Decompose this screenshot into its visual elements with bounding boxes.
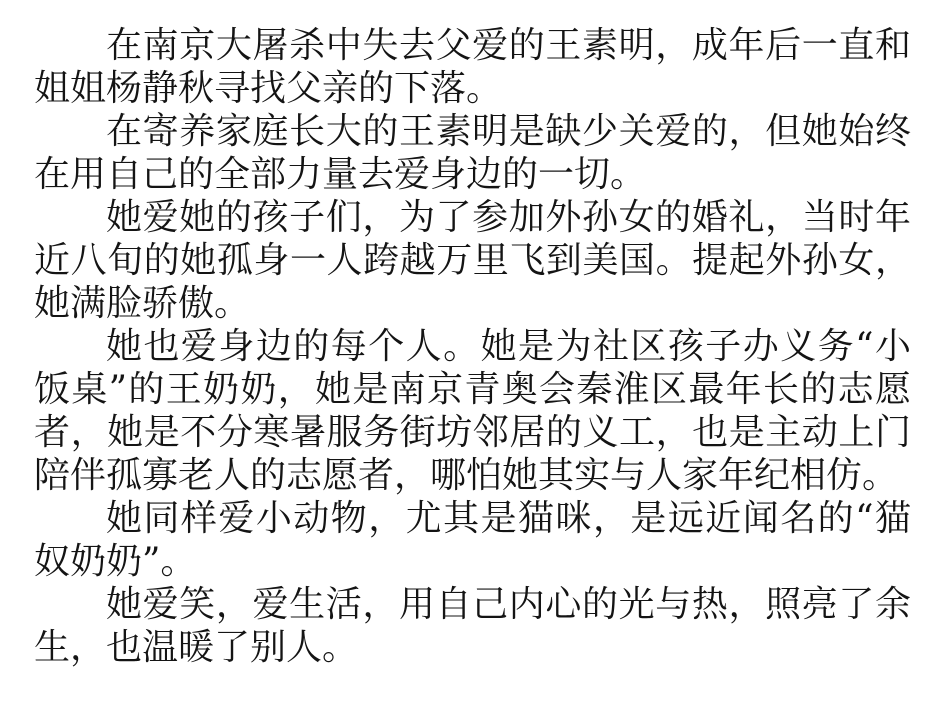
paragraph-6: 她爱笑，爱生活，用自己内心的光与热，照亮了余生，也温暖了别人。: [34, 583, 911, 669]
text-block: 在南京大屠杀中失去父爱的王素明，成年后一直和姐姐杨静秋寻找父亲的下落。 在寄养家…: [0, 0, 944, 669]
document-page: 在南京大屠杀中失去父爱的王素明，成年后一直和姐姐杨静秋寻找父亲的下落。 在寄养家…: [0, 0, 944, 728]
paragraph-4: 她也爱身边的每个人。她是为社区孩子办义务“小饭桌”的王奶奶，她是南京青奥会秦淮区…: [34, 325, 911, 497]
paragraph-2: 在寄养家庭长大的王素明是缺少关爱的，但她始终在用自己的全部力量去爱身边的一切。: [34, 110, 911, 196]
paragraph-5: 她同样爱小动物，尤其是猫咪，是远近闻名的“猫奴奶奶”。: [34, 497, 911, 583]
paragraph-3: 她爱她的孩子们，为了参加外孙女的婚礼，当时年近八旬的她孤身一人跨越万里飞到美国。…: [34, 196, 911, 325]
paragraph-1: 在南京大屠杀中失去父爱的王素明，成年后一直和姐姐杨静秋寻找父亲的下落。: [34, 24, 911, 110]
